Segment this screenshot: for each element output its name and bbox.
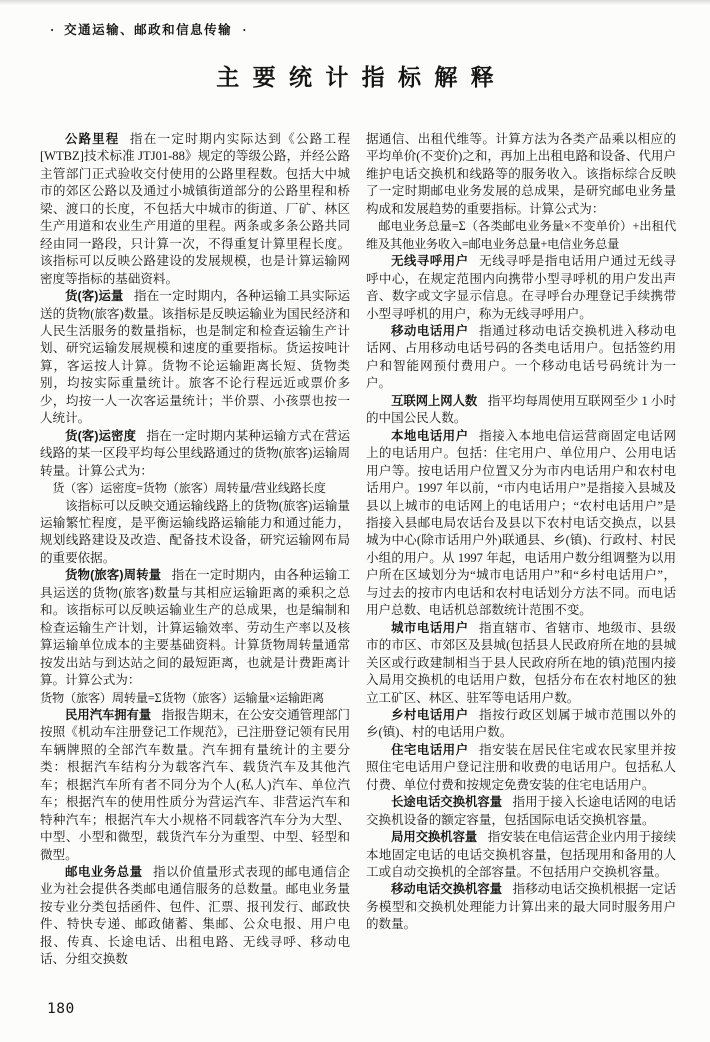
header-right-dot: ·	[242, 23, 246, 37]
paragraph: 邮电业务总量指以价值量形式表现的邮电通信企业为社会提供各类邮电通信服务的总数量。…	[40, 864, 350, 969]
indicator-term: 长途电话交换机容量	[391, 795, 502, 809]
two-column-body: 公路里程指在一定时期内实际达到《公路工程[WTBZ]技术标准 JTJ01-88》…	[40, 131, 676, 969]
scan-edge-shadow	[0, 0, 710, 5]
formula-line: 邮电业务总量=Σ（各类邮电业务量×不变单价）+出租代维及其他业务收入=邮电业务总…	[366, 218, 676, 253]
indicator-term: 城市电话用户	[391, 621, 469, 635]
paragraph: 局用交换机容量指安装在电信运营企业内用于接续本地固定电话的电话交换机容量，包括现…	[366, 829, 676, 881]
indicator-term: 本地电话用户	[391, 429, 469, 443]
header-left-dot: ·	[50, 23, 54, 37]
paragraph: 互联网上网人数指平均每周使用互联网至少 1 小时的中国公民人数。	[366, 393, 676, 428]
paragraph: 货(客)运量指在一定时期内，各种运输工具实际运送的货物(旅客)数量。该指标是反映…	[40, 288, 350, 428]
paragraph: 移动电话用户指通过移动电话交换机进入移动电话网、占用移动电话号码的各类电话用户。…	[366, 323, 676, 393]
paragraph: 住宅电话用户指安装在居民住宅或农民家里并按照住宅电话用户登记注册和收费的电话用户…	[366, 742, 676, 794]
indicator-term: 货(客)运量	[65, 289, 123, 303]
paragraph: 移动电话交换机容量指移动电话交换机根据一定话务模型和交换机处理能力计算出来的最大…	[366, 881, 676, 933]
paragraph: 城市电话用户指直辖市、省辖市、地级市、县级市的市区、市郊区及县城(包括县人民政府…	[366, 620, 676, 707]
paragraph: 据通信、出租代维等。计算方法为各类产品乘以相应的平均单价(不变价)之和，再加上出…	[366, 131, 676, 218]
indicator-term: 货(客)运密度	[65, 429, 136, 443]
paragraph: 本地电话用户指接入本地电信运营商固定电话网上的电话用户。包括：住宅用户、单位用户…	[366, 428, 676, 620]
paragraph: 无线寻呼用户无线寻呼是指电话用户通过无线寻呼中心，在规定范围内向携带小型寻呼机的…	[366, 253, 676, 323]
right-column: 据通信、出租代维等。计算方法为各类产品乘以相应的平均单价(不变价)之和，再加上出…	[366, 131, 676, 969]
indicator-term: 邮电业务总量	[65, 865, 143, 879]
paragraph: 货(客)运密度指在一定时期内某种运输方式在营运线路的某一区段平均每公里线路通过的…	[40, 428, 350, 480]
paragraph: 长途电话交换机容量指用于接入长途电话网的电话交换机设备的额定容量，包括国际电话交…	[366, 794, 676, 829]
indicator-term: 住宅电话用户	[391, 743, 469, 757]
paragraph: 货物(旅客)周转量指在一定时期内，由各种运输工具运送的货物(旅客)数量与其相应运…	[40, 567, 350, 689]
indicator-term: 公路里程	[65, 132, 119, 146]
indicator-term: 乡村电话用户	[391, 708, 469, 722]
left-column: 公路里程指在一定时期内实际达到《公路工程[WTBZ]技术标准 JTJ01-88》…	[40, 131, 350, 969]
indicator-term: 移动电话交换机容量	[391, 882, 502, 896]
indicator-term: 局用交换机容量	[391, 830, 477, 844]
indicator-term: 货物(旅客)周转量	[65, 568, 161, 582]
page-title: 主要统计指标解释	[0, 59, 710, 92]
paragraph: 乡村电话用户指按行政区划属于城市范围以外的乡(镇)、村的电话用户数。	[366, 707, 676, 742]
chapter-title: 交通运输、邮政和信息传输	[64, 23, 232, 37]
document-page: ·交通运输、邮政和信息传输· 主要统计指标解释 公路里程指在一定时期内实际达到《…	[0, 0, 710, 1042]
indicator-term: 互联网上网人数	[391, 394, 477, 408]
formula-line: 货物（旅客）周转量=Σ货物（旅客）运输量×运输距离	[40, 690, 350, 707]
indicator-term: 移动电话用户	[391, 324, 469, 338]
paragraph: 民用汽车拥有量指报告期末，在公安交通管理部门按照《机动车注册登记工作规范》，已注…	[40, 707, 350, 864]
paragraph: 公路里程指在一定时期内实际达到《公路工程[WTBZ]技术标准 JTJ01-88》…	[40, 131, 350, 288]
indicator-term: 民用汽车拥有量	[65, 708, 151, 722]
formula-line: 货（客）运密度=货物（旅客）周转量/营业线路长度	[40, 480, 350, 497]
page-number: 180	[47, 1001, 75, 1017]
running-header: ·交通运输、邮政和信息传输·	[40, 20, 256, 38]
indicator-term: 无线寻呼用户	[391, 254, 469, 268]
paragraph: 该指标可以反映交通运输线路上的货物(旅客)运输量运输繁忙程度，是平衡运输线路运输…	[40, 498, 350, 568]
